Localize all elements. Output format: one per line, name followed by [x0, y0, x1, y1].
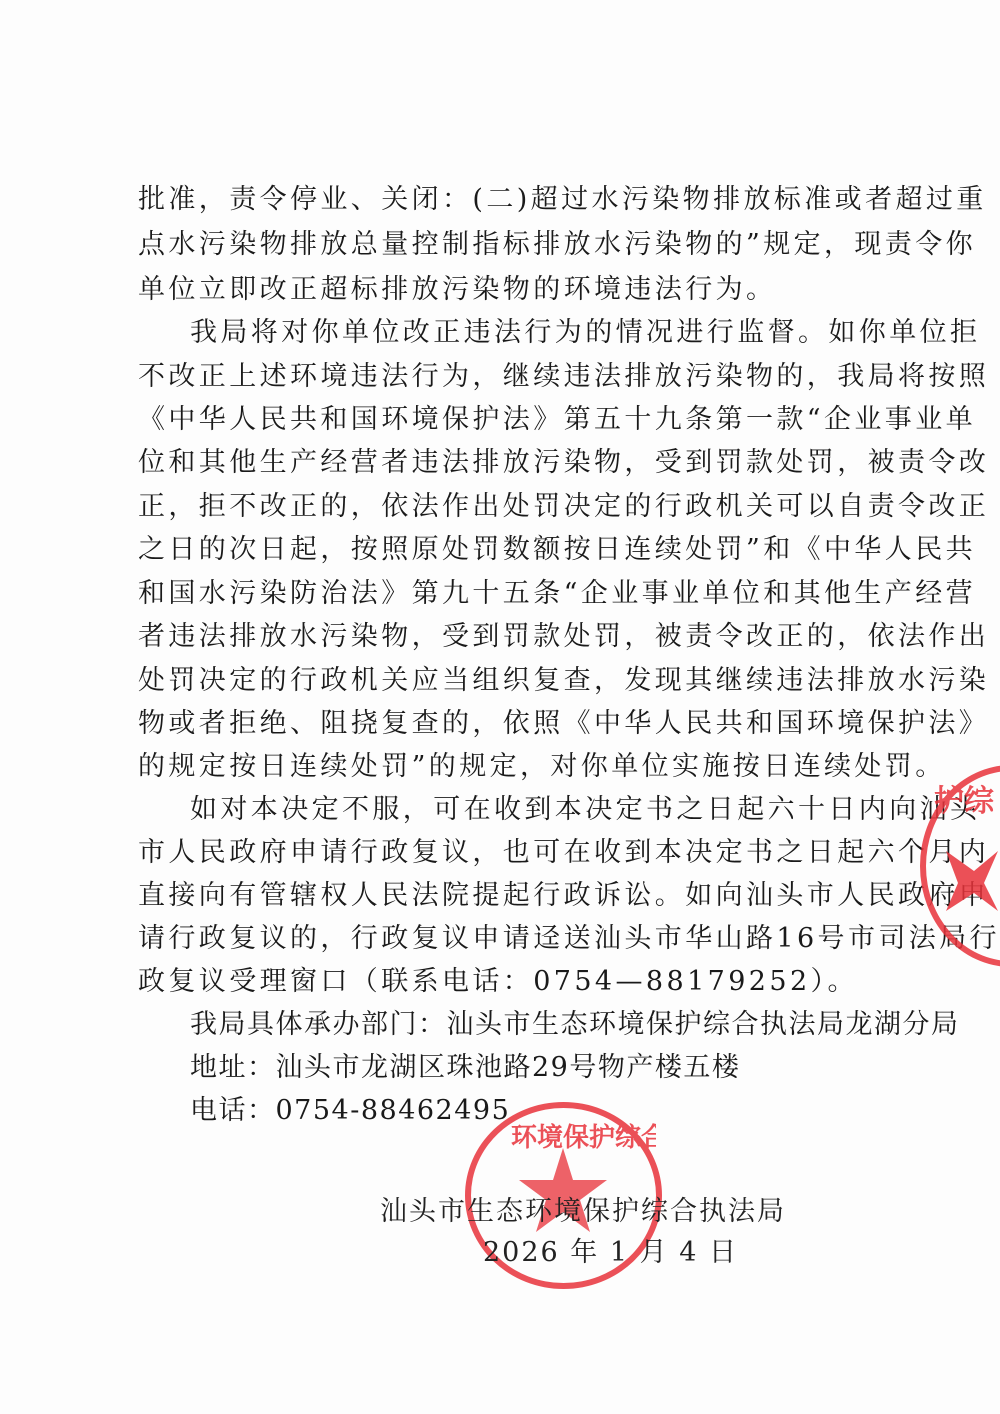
official-seal-partial: 护综 — [920, 765, 1000, 967]
contact-address: 地址：汕头市龙湖区珠池路29号物产楼五楼 — [190, 1051, 880, 1085]
paragraph-3-line-3: 直接向有管辖权人民法院提起行政诉讼。如向汕头市人民政府申 — [138, 879, 880, 913]
contact-department: 我局具体承办部门：汕头市生态环境保护综合执法局龙湖分局 — [190, 1008, 880, 1042]
paragraph-2-line-1: 我局将对你单位改正违法行为的情况进行监督。如你单位拒 — [190, 316, 880, 350]
paragraph-3-line-5: 政复议受理窗口（联系电话：0754—88179252）。 — [138, 965, 880, 999]
paragraph-2-line-7: 和国水污染防治法》第九十五条“企业事业单位和其他生产经营 — [138, 577, 880, 611]
seal-edge-text: 护综 — [934, 784, 995, 819]
paragraph-2-line-6: 之日的次日起，按照原处罚数额按日连续处罚”和《中华人民共 — [138, 533, 880, 567]
paragraph-3-line-4: 请行政复议的，行政复议申请迳送汕头市华山路16号市司法局行 — [138, 922, 880, 956]
paragraph-2-line-9: 处罚决定的行政机关应当组织复查，发现其继续违法排放水污染 — [138, 664, 880, 698]
paragraph-2-line-5: 正，拒不改正的，依法作出处罚决定的行政机关可以自责令改正 — [138, 490, 880, 524]
paragraph-2-line-3: 《中华人民共和国环境保护法》第五十九条第一款“企业事业单 — [138, 403, 880, 437]
paragraph-3-line-2: 市人民政府申请行政复议，也可在收到本决定书之日起六个月内 — [138, 836, 880, 870]
seal-arc-text: 环境保护综合 — [511, 1122, 656, 1153]
document-page: 批准，责令停业、关闭：(二)超过水污染物排放标准或者超过重 点水污染物排放总量控… — [0, 0, 1000, 1414]
issue-date: 2026 年 1 月 4 日 — [483, 1236, 738, 1270]
paragraph-2-line-11: 的规定按日连续处罚”的规定，对你单位实施按日连续处罚。 — [138, 750, 880, 784]
paragraph-2-line-4: 位和其他生产经营者违法排放污染物，受到罚款处罚，被责令改 — [138, 446, 880, 480]
paragraph-3-line-1: 如对本决定不服，可在收到本决定书之日起六十日内向汕头 — [190, 793, 880, 827]
paragraph-2-line-2: 不改正上述环境违法行为，继续违法排放污染物的，我局将按照 — [138, 360, 880, 394]
issuer-name: 汕头市生态环境保护综合执法局 — [380, 1195, 786, 1229]
paragraph-2-line-8: 者违法排放水污染物，受到罚款处罚，被责令改正的，依法作出 — [138, 620, 880, 654]
paragraph-1-line-1: 批准，责令停业、关闭：(二)超过水污染物排放标准或者超过重 — [138, 183, 880, 217]
seal-star-icon: 护综 — [926, 771, 1000, 961]
paragraph-1-line-2: 点水污染物排放总量控制指标排放水污染物的”规定，现责令你 — [138, 228, 880, 262]
paragraph-2-line-10: 物或者拒绝、阻挠复查的，依照《中华人民共和国环境保护法》 — [138, 707, 880, 741]
paragraph-1-line-3: 单位立即改正超标排放污染物的环境违法行为。 — [138, 273, 880, 307]
